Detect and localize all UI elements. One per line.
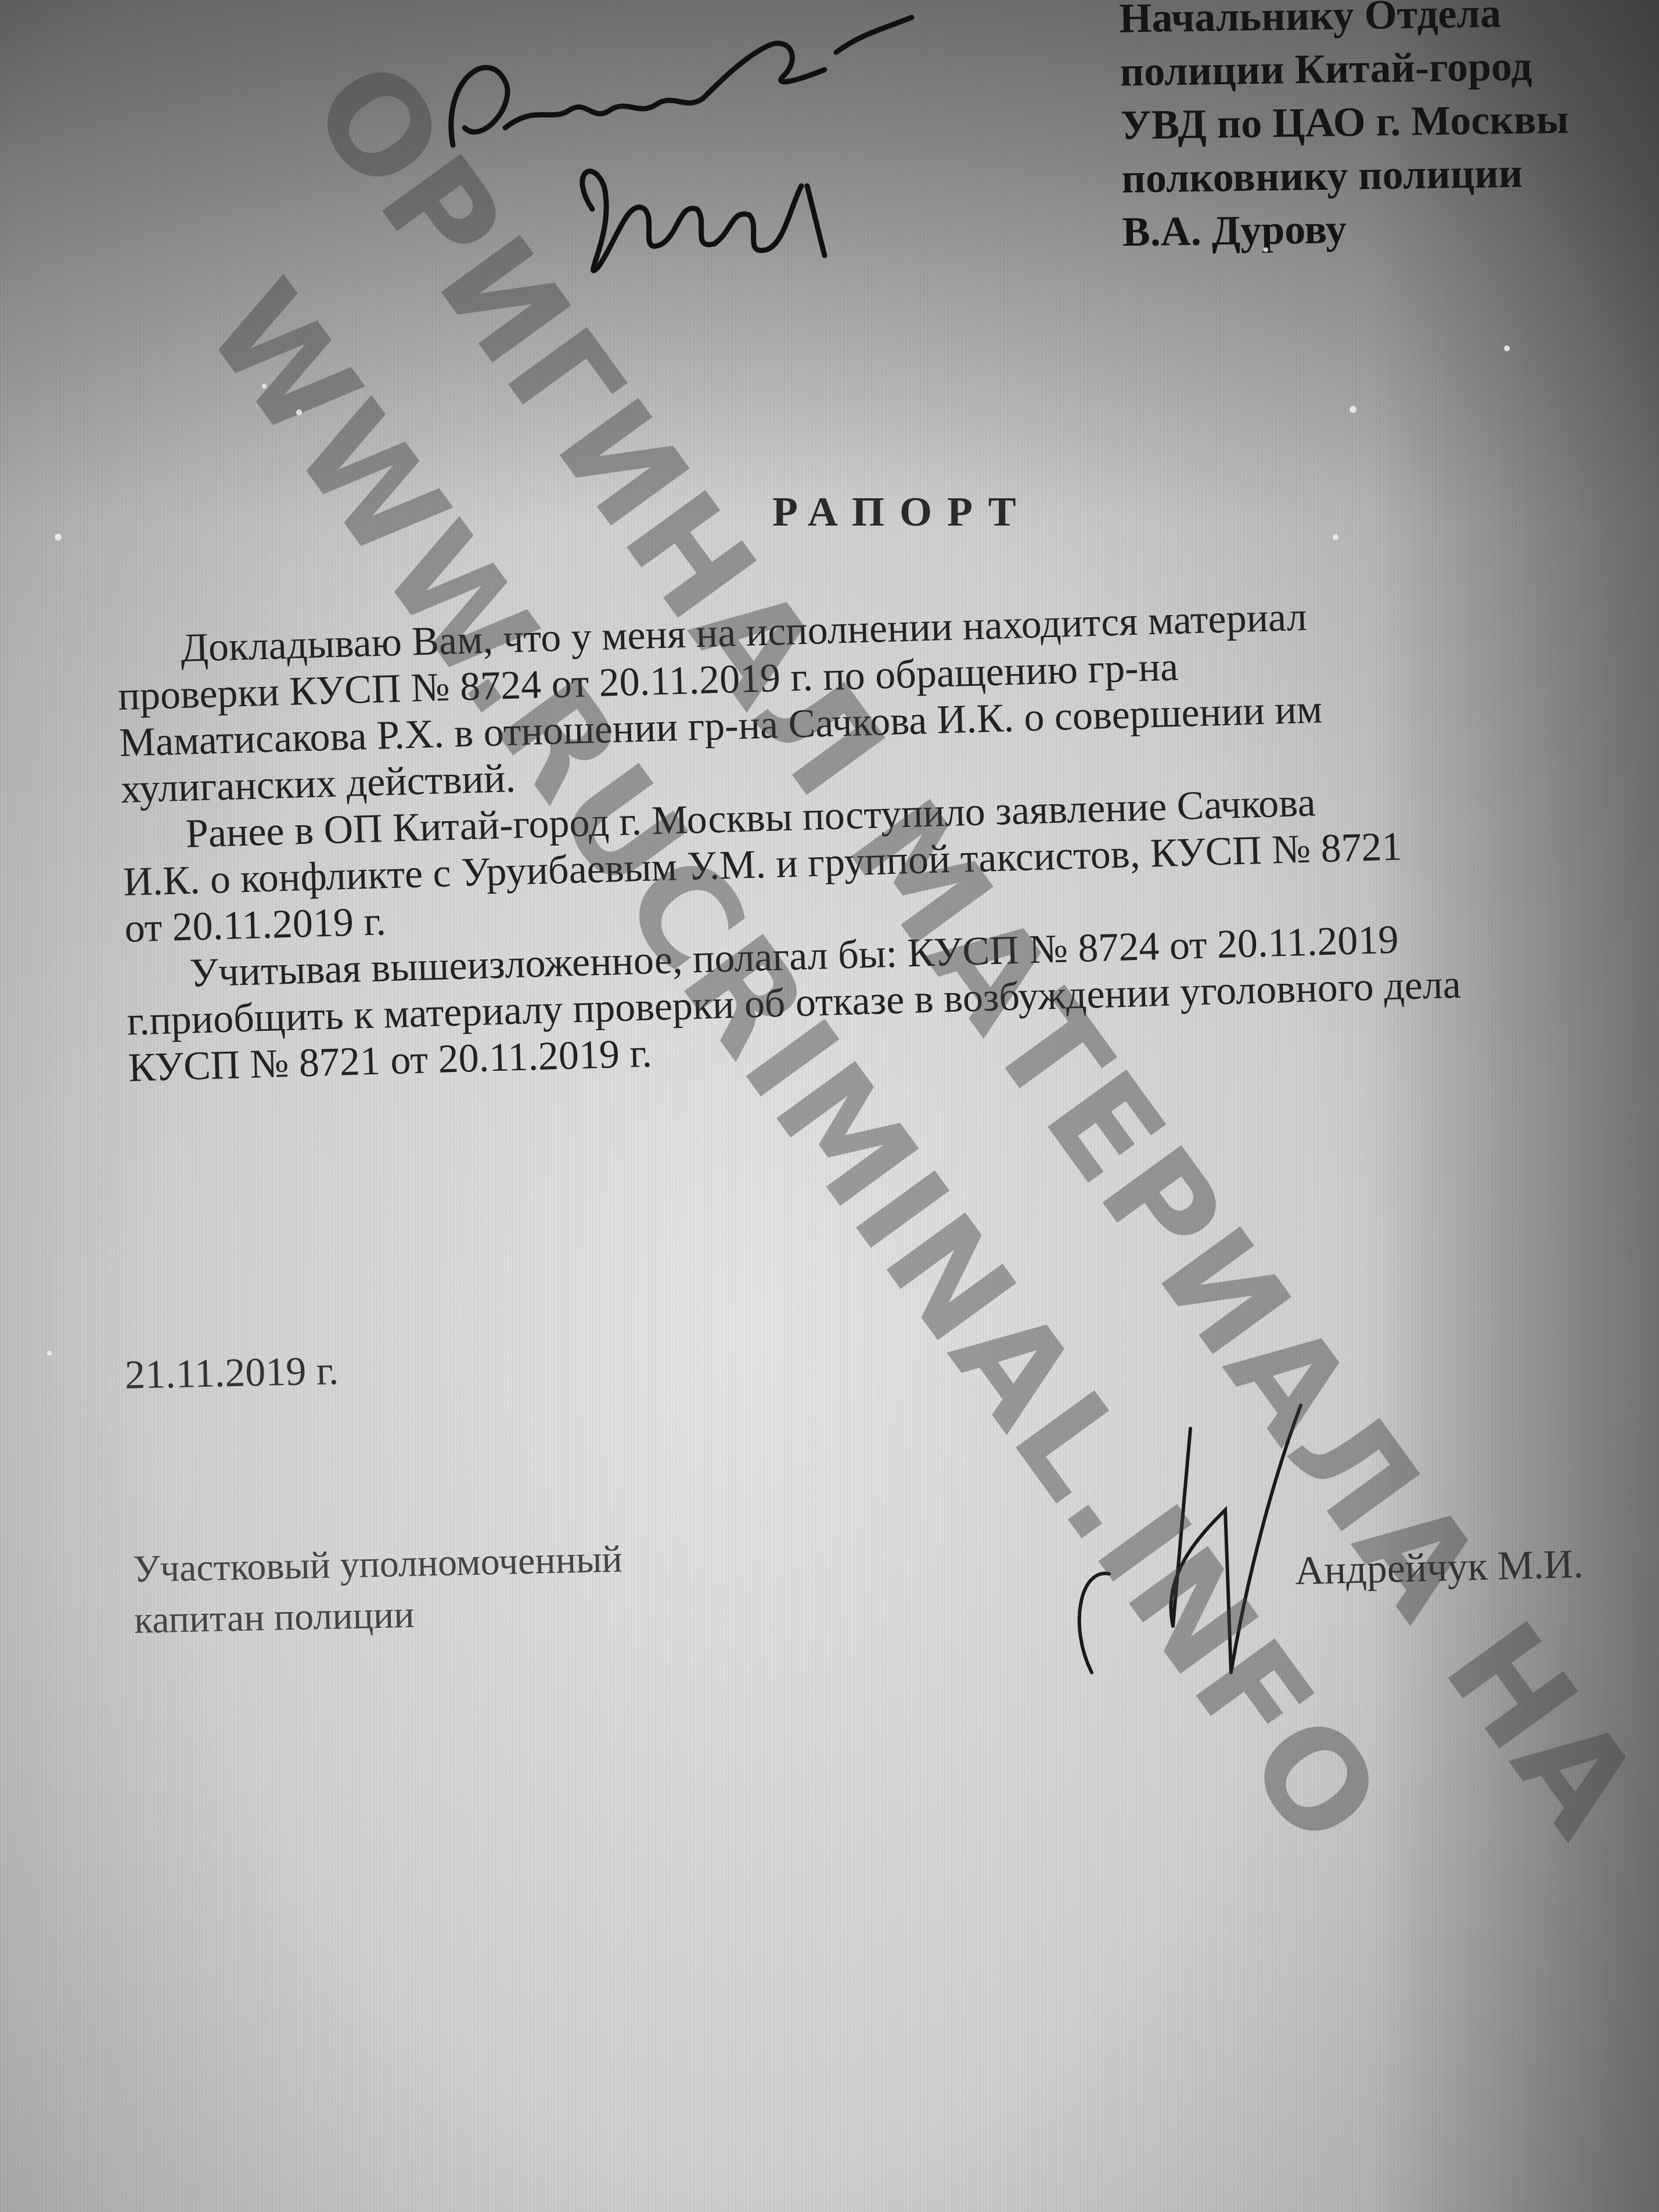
position-line: Участковый уполномоченный xyxy=(132,1534,622,1595)
addressee-line: полковнику полиции xyxy=(1121,146,1570,206)
document-title: РАПОРТ xyxy=(772,488,1031,536)
report-date: 21.11.2019 г. xyxy=(124,1348,339,1399)
addressee-block: Начальнику Отдела полиции Китай-город УВ… xyxy=(1119,0,1571,258)
document-photo: Начальнику Отдела полиции Китай-город УВ… xyxy=(0,0,1659,2212)
addressee-line: В.А. Дурову xyxy=(1122,199,1571,259)
addressee-line: полиции Китай-город xyxy=(1120,39,1568,99)
edge-shadow xyxy=(1369,0,1659,2212)
signer-position: Участковый уполномоченный капитан полици… xyxy=(132,1534,624,1646)
position-line: капитан полиции xyxy=(134,1585,624,1646)
addressee-line: Начальнику Отдела xyxy=(1119,0,1568,45)
addressee-line: УВД по ЦАО г. Москвы xyxy=(1120,92,1569,152)
